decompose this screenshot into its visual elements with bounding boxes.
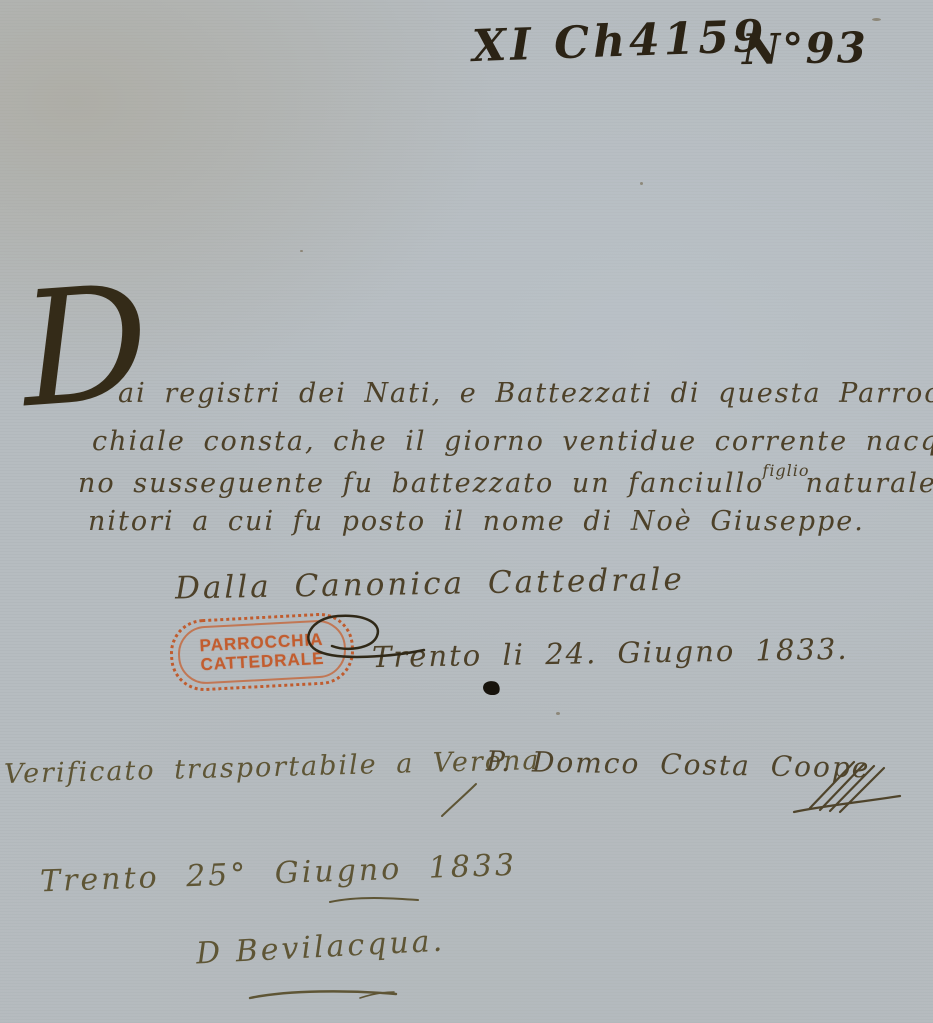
body-line-3: no susseguente fu battezzato un fanciull… bbox=[78, 468, 933, 499]
body-line-4: nitori a cui fu posto il nome di Noè Giu… bbox=[88, 506, 865, 537]
date-underline-flourish bbox=[328, 894, 420, 906]
signature-underline-flourish bbox=[248, 986, 398, 1002]
paper-speck bbox=[300, 250, 303, 252]
archival-mark: XI Ch4159 bbox=[471, 11, 768, 72]
paper-stain bbox=[872, 18, 881, 21]
body-line-3-text: no susseguente fu battezzato un fanciull… bbox=[78, 468, 764, 499]
signature-paraph-flourish bbox=[792, 756, 902, 814]
document-number: N°93 bbox=[742, 23, 869, 74]
body-line-2: chiale consta, che il giorno ventidue co… bbox=[92, 426, 933, 457]
pen-flourish-loop bbox=[296, 606, 426, 666]
verification-comma-flourish bbox=[440, 782, 480, 818]
inserted-word-figlio: figlio bbox=[762, 461, 809, 480]
body-line-3-continued: naturale d'ignoti Ge= bbox=[806, 468, 933, 499]
paper-speck bbox=[640, 182, 643, 185]
body-line-1: ai registri dei Nati, e Battezzati di qu… bbox=[118, 378, 933, 409]
paper-speck bbox=[556, 712, 560, 715]
